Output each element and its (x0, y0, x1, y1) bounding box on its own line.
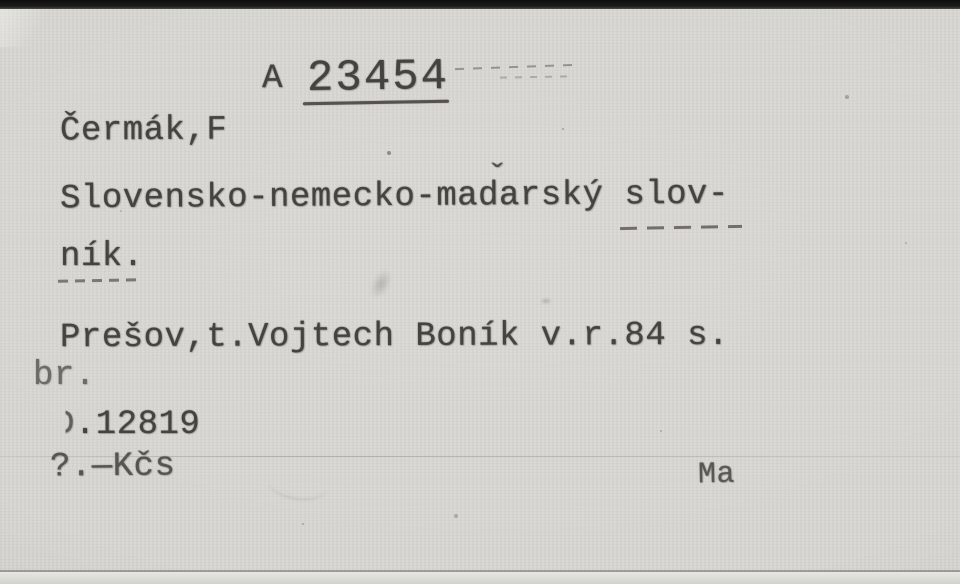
collation-line: br. (33, 357, 96, 395)
corner-light-artifact (0, 9, 70, 47)
card-bottom-edge-highlight (0, 572, 960, 584)
title-line-2-underline-dashes (58, 278, 140, 282)
title-emphasis-dashes (620, 225, 742, 230)
accession-prefix-clipped: D (54, 406, 75, 444)
call-number-value: 23454 (307, 52, 450, 104)
title-line-1: Slovensko-nemecko-madarský slov- (60, 176, 729, 219)
ink-smudge (359, 258, 403, 309)
accession-number-value: .12819 (75, 406, 200, 444)
paper-speckles (0, 0, 2, 2)
cataloguer-initials: Ma (698, 458, 736, 493)
author-heading: Čermák,F (60, 112, 227, 151)
imprint-line: Prešov,t.Vojtech Boník v.r.84 s. (60, 317, 729, 357)
scanner-top-bar (0, 0, 960, 9)
ink-smudge-small (538, 296, 554, 306)
faint-curve-mark (266, 464, 330, 504)
horizontal-scanline-artifact (0, 456, 960, 457)
faint-dash-marks (455, 64, 575, 70)
title-line-2: ník. (60, 238, 144, 276)
call-number-letter: A (262, 60, 283, 98)
price-line: ?.—Kčs (50, 447, 176, 486)
floating-caron-diacritic: ˇ (487, 160, 508, 198)
catalog-card-scan: A 23454 Čermák,F Slovensko-nemecko-madar… (0, 0, 960, 584)
faint-dash-marks-secondary (500, 75, 570, 78)
accession-number-line: D.12819 (54, 406, 200, 444)
